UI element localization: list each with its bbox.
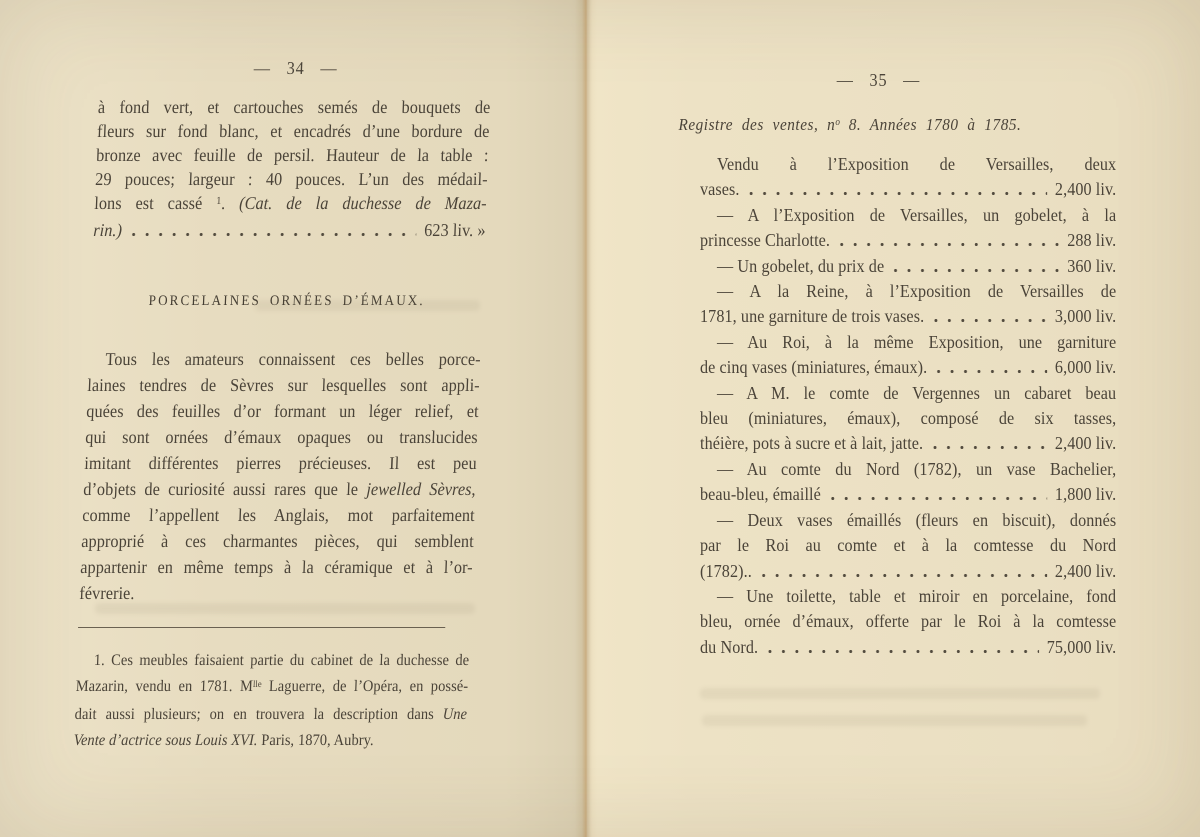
text-line-price: du Nord.75,000 liv. (700, 635, 1116, 660)
text-line: bronze avec feuille de persil. Hauteur d… (96, 143, 489, 167)
text-line: imitant différentes pierres précieuses. … (84, 450, 477, 476)
text-line: — Au Roi, à la même Exposition, une garn… (700, 330, 1116, 355)
text-line: bleu (miniatures, émaux), composé de six… (700, 406, 1116, 431)
dot-leader (762, 574, 1047, 577)
section-heading: PORCELAINES ORNÉES D’ÉMAUX. (90, 289, 483, 313)
text-line: quées des feuilles d’or formant un léger… (86, 398, 479, 424)
text-line: appartenir en même temps à la céramique … (80, 554, 473, 580)
text-segment: Années 1780 à 1785. (870, 115, 1022, 134)
text-segment: vases. (700, 179, 740, 199)
text-line: bleu, ornée d’émaux, offerte par le Roi … (700, 609, 1116, 634)
text-segment: Laguerre, de l’Opéra, en possé- (261, 678, 468, 695)
text-segment: , (471, 479, 476, 499)
price-value: 75,000 liv. (1047, 635, 1116, 660)
text-segment: Registre des ventes, n (678, 115, 835, 134)
sales-entries: Vendu à l’Exposition de Versailles, deux… (700, 152, 1116, 660)
page-34: — 34 — à fond vert, et cartouches semés … (73, 56, 492, 754)
text-segment: rin.) (93, 220, 123, 240)
text-line-price: beau-bleu, émaillé1,800 liv. (700, 482, 1116, 507)
text-segment: Une (443, 706, 468, 723)
text-line: Mazarin, vendu en 1781. Mlle Laguerre, d… (75, 674, 468, 702)
price-value: 2,400 liv. (1055, 559, 1116, 584)
text-line: — Au comte du Nord (1782), un vase Bache… (700, 457, 1116, 482)
text-line: comme l’appellent les Anglais, mot parfa… (82, 502, 475, 528)
page-number-right: — 35 — (670, 70, 1086, 91)
text-line: — A l’Exposition de Versailles, un gobel… (700, 203, 1116, 228)
show-through-ghost (700, 688, 1100, 699)
text-line: — A M. le comte de Vergennes un cabaret … (700, 381, 1116, 406)
entry-text: (1782).. (700, 559, 752, 584)
price-value: 1,800 liv. (1055, 482, 1116, 507)
text-segment: 1781, une garniture de trois vases. (700, 306, 924, 326)
text-segment: de cinq vases (miniatures, émaux). (700, 357, 927, 377)
page-35: — 35 — Registre des ventes, no 8. Années… (700, 70, 1116, 660)
entry-text: théière, pots à sucre et à lait, jatte. (700, 431, 923, 456)
price-value: 2,400 liv. (1055, 177, 1116, 202)
text-segment: du Nord. (700, 637, 758, 657)
price-value: 6,000 liv. (1055, 355, 1116, 380)
text-line: qui sont ornées d’émaux opaques ou trans… (85, 424, 478, 450)
text-line: à fond vert, et cartouches semés de bouq… (98, 95, 491, 119)
text-segment: dait aussi plusieurs; on en trouvera la … (74, 706, 443, 723)
dot-leader (934, 319, 1047, 322)
entry-text: beau-bleu, émaillé (700, 482, 821, 507)
price-value: 2,400 liv. (1055, 431, 1116, 456)
superscript: o (835, 117, 840, 128)
superscript: 1 (216, 195, 221, 207)
price-value: 623 liv. » (424, 218, 486, 242)
text-line: — Une toilette, table et miroir en porce… (700, 584, 1116, 609)
text-line-price: de cinq vases (miniatures, émaux).6,000 … (700, 355, 1116, 380)
superscript: lle (253, 679, 262, 690)
text-line: par le Roi au comte et à la comtesse du … (700, 533, 1116, 558)
text-segment: princesse Charlotte. (700, 230, 830, 250)
text-segment: jewelled Sèvres (366, 479, 472, 499)
entry-text: de cinq vases (miniatures, émaux). (700, 355, 927, 380)
text-line: Vente d’actrice sous Louis XVI. Paris, 1… (73, 728, 466, 754)
text-line-price: — Un gobelet, du prix de360 liv. (700, 254, 1116, 279)
text-segment: lons est cassé (94, 193, 217, 213)
text-line-price: rin.)623 liv. » (93, 218, 486, 242)
body-paragraph: Tous les amateurs connaissent ces belles… (79, 346, 481, 606)
text-line-price: vases.2,400 liv. (700, 177, 1116, 202)
entry-text: princesse Charlotte. (700, 228, 830, 253)
text-line: approprié à ces charmantes pièces, qui s… (81, 528, 474, 554)
text-line: laines tendres de Sèvres sur lesquelles … (87, 372, 480, 398)
entry-text: — Un gobelet, du prix de (700, 254, 884, 279)
book-gutter-crease (575, 0, 597, 837)
dot-leader (933, 446, 1047, 449)
text-line: 29 pouces; largeur : 40 pouces. L’un des… (95, 167, 488, 191)
text-line-price: théière, pots à sucre et à lait, jatte.2… (700, 431, 1116, 456)
text-line: fleurs sur fond blanc, et encadrés d’une… (97, 119, 490, 143)
text-line-price: princesse Charlotte.288 liv. (700, 228, 1116, 253)
text-segment: d’objets de curiosité aussi rares que le (83, 479, 367, 499)
entry-text: rin.) (93, 218, 123, 242)
footnote-rule (78, 627, 445, 628)
entry-text: 1781, une garniture de trois vases. (700, 304, 924, 329)
text-line: — A la Reine, à l’Exposition de Versaill… (700, 279, 1116, 304)
price-value: 288 liv. (1067, 228, 1116, 253)
text-segment: 8. (840, 115, 870, 134)
text-line: — Deux vases émaillés (fleurs en biscuit… (700, 508, 1116, 533)
text-line: Registre des ventes, no 8. Années 1780 à… (678, 115, 1094, 135)
text-line: 1. Ces meubles faisaient partie du cabin… (76, 648, 469, 674)
text-segment: . (221, 193, 240, 213)
text-line: dait aussi plusieurs; on en trouvera la … (74, 702, 467, 728)
text-line-price: (1782)..2,400 liv. (700, 559, 1116, 584)
text-line: févrerie. (79, 580, 472, 606)
dot-leader (831, 497, 1047, 500)
entry-text: vases. (700, 177, 740, 202)
page-number-left: — 34 — (99, 56, 492, 80)
dot-leader (132, 233, 416, 236)
entry-text: du Nord. (700, 635, 758, 660)
text-segment: Vente d’actrice sous Louis XVI. (73, 732, 258, 749)
text-segment: (Cat. de la duchesse de Maza- (239, 193, 487, 213)
dot-leader (840, 243, 1059, 246)
text-segment: Mazarin, vendu en 1781. M (75, 678, 253, 695)
open-book-photo: — 34 — à fond vert, et cartouches semés … (0, 0, 1200, 837)
text-segment: beau-bleu, émaillé (700, 484, 821, 504)
text-segment: — Un gobelet, du prix de (717, 256, 884, 276)
dot-leader (749, 192, 1046, 195)
dot-leader (937, 370, 1047, 373)
text-line: lons est cassé 1. (Cat. de la duchesse d… (94, 191, 487, 218)
show-through-ghost (702, 715, 1087, 726)
register-caption: Registre des ventes, no 8. Années 1780 à… (678, 115, 1094, 135)
price-value: 360 liv. (1067, 254, 1116, 279)
text-line: d’objets de curiosité aussi rares que le… (83, 476, 476, 502)
dot-leader (894, 269, 1059, 272)
dot-leader (768, 650, 1039, 653)
text-line: Vendu à l’Exposition de Versailles, deux (700, 152, 1116, 177)
text-segment: (1782).. (700, 561, 752, 581)
footnote: 1. Ces meubles faisaient partie du cabin… (73, 648, 469, 754)
text-segment: Paris, 1870, Aubry. (257, 732, 374, 749)
paragraph-continuation: à fond vert, et cartouches semés de bouq… (93, 95, 491, 242)
text-line: Tous les amateurs connaissent ces belles… (88, 346, 481, 372)
price-value: 3,000 liv. (1055, 304, 1116, 329)
text-line-price: 1781, une garniture de trois vases.3,000… (700, 304, 1116, 329)
text-segment: théière, pots à sucre et à lait, jatte. (700, 433, 923, 453)
